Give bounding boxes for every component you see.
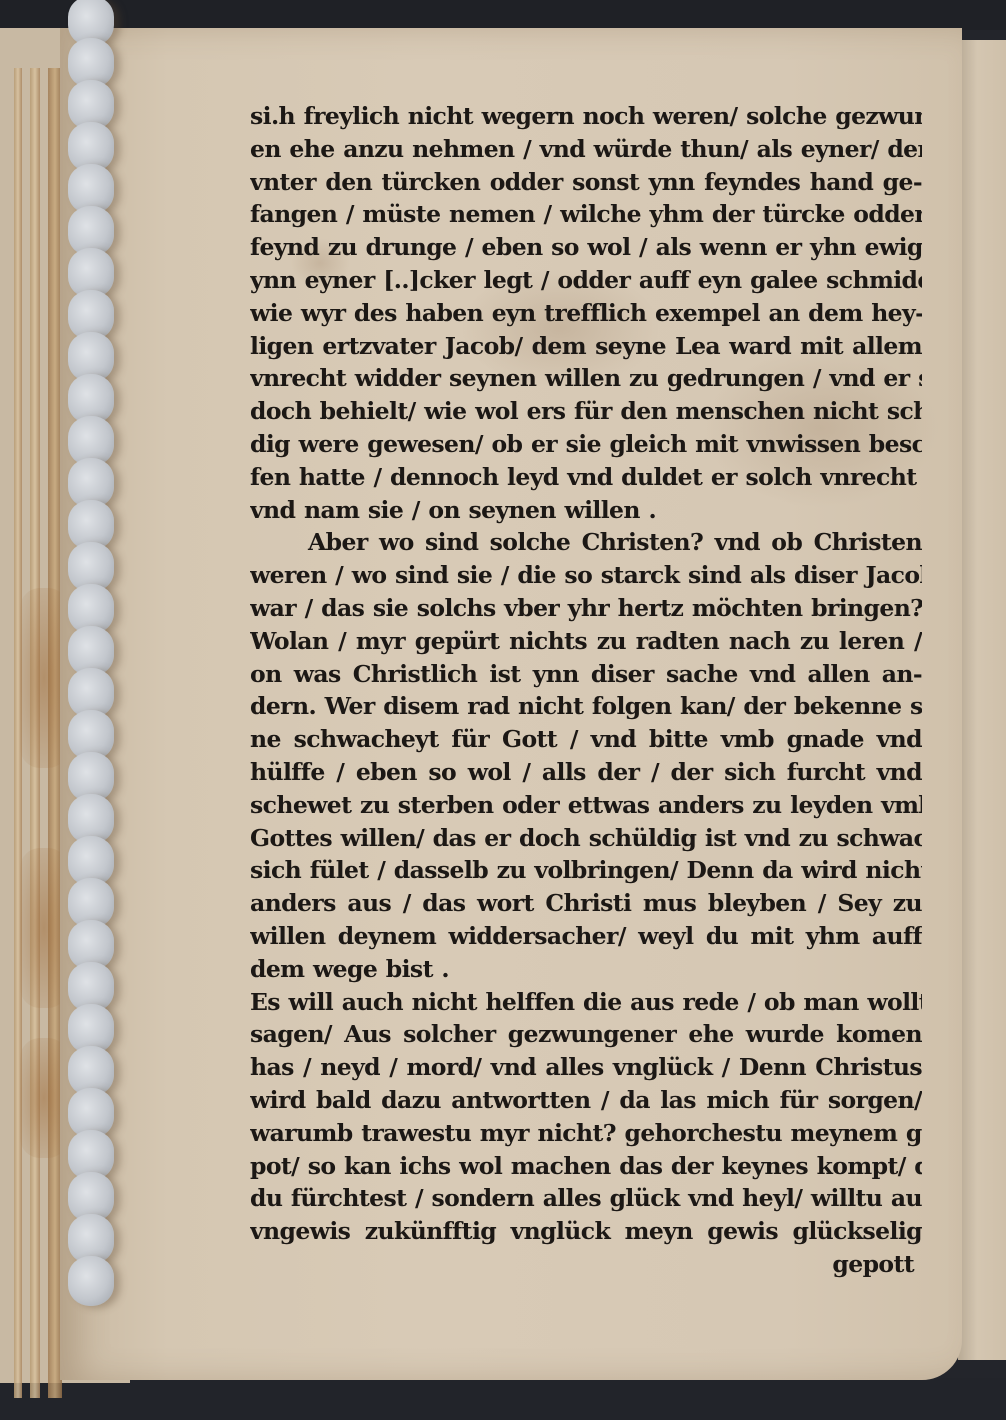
text-line: sich fület / dasselb zu volbringen/ Denn… xyxy=(250,854,922,887)
text-line: si.h freylich nicht wegern noch weren/ s… xyxy=(250,100,922,133)
right-page-stack xyxy=(958,40,1006,1360)
text-line: vnter den türcken odder sonst ynn feynde… xyxy=(250,166,922,199)
text-line: Gottes willen/ das er doch schüldig ist … xyxy=(250,822,922,855)
text-line: pot/ so kan ichs wol machen das der keyn… xyxy=(250,1150,922,1183)
text-line: dern. Wer disem rad nicht folgen kan/ de… xyxy=(250,690,922,723)
text-line: feynd zu drunge / eben so wol / als wenn… xyxy=(250,231,922,264)
text-line: en ehe anzu nehmen / vnd würde thun/ als… xyxy=(250,133,922,166)
text-line: dem wege bist . xyxy=(250,953,922,986)
text-line: schewet zu sterben oder ettwas anders zu… xyxy=(250,789,922,822)
text-line: Wolan / myr gepürt nichts zu radten nach… xyxy=(250,625,922,658)
paragraph-2: Aber wo sind solche Christen? vnd ob Chr… xyxy=(250,526,922,985)
text-line: on was Christlich ist ynn diser sache vn… xyxy=(250,658,922,691)
text-line: fangen / müste nemen / wilche yhm der tü… xyxy=(250,198,922,231)
paragraph-3: Es will auch nicht helffen die aus rede … xyxy=(250,986,922,1248)
text-line: wie wyr des haben eyn trefflich exempel … xyxy=(250,297,922,330)
background-bottom xyxy=(0,1378,1006,1420)
text-line: sagen/ Aus solcher gezwungener ehe wurde… xyxy=(250,1018,922,1051)
binding-cord xyxy=(62,0,120,1420)
text-line: Aber wo sind solche Christen? vnd ob Chr… xyxy=(250,526,922,559)
text-line: anders aus / das wort Christi mus bleybe… xyxy=(250,887,922,920)
background-top xyxy=(0,0,1006,30)
text-line: ynn eyner [..]cker legt / odder auff eyn… xyxy=(250,264,922,297)
text-line: du fürchtest / sondern alles glück vnd h… xyxy=(250,1182,922,1215)
text-line: fen hatte / dennoch leyd vnd duldet er s… xyxy=(250,461,922,494)
text-line: hülffe / eben so wol / alls der / der si… xyxy=(250,756,922,789)
text-line: Es will auch nicht helffen die aus rede … xyxy=(250,986,922,1019)
paragraph-1: si.h freylich nicht wegern noch weren/ s… xyxy=(250,100,922,526)
text-line: has / neyd / mord/ vnd alles vnglück / D… xyxy=(250,1051,922,1084)
text-block: si.h freylich nicht wegern noch weren/ s… xyxy=(250,100,922,1281)
text-line: warumb trawestu myr nicht? gehorchestu m… xyxy=(250,1117,922,1150)
text-line: willen deynem widdersacher/ weyl du mit … xyxy=(250,920,922,953)
text-line: vnrecht widder seynen willen zu gedrunge… xyxy=(250,362,922,395)
catchword: gepott xyxy=(250,1248,922,1281)
text-line: weren / wo sind sie / die so starck sind… xyxy=(250,559,922,592)
text-line: ligen ertzvater Jacob/ dem seyne Lea war… xyxy=(250,330,922,363)
text-line: war / das sie solchs vber yhr hertz möch… xyxy=(250,592,922,625)
text-line: wird bald dazu antwortten / da las mich … xyxy=(250,1084,922,1117)
text-line: dig were gewesen/ ob er sie gleich mit v… xyxy=(250,428,922,461)
text-line: ne schwacheyt für Gott / vnd bitte vmb g… xyxy=(250,723,922,756)
text-line: doch behielt/ wie wol ers für den mensch… xyxy=(250,395,922,428)
text-line: vnd nam sie / on seynen willen . xyxy=(250,494,922,527)
text-line: vngewis zukünfftig vnglück meyn gewis gl… xyxy=(250,1215,922,1248)
